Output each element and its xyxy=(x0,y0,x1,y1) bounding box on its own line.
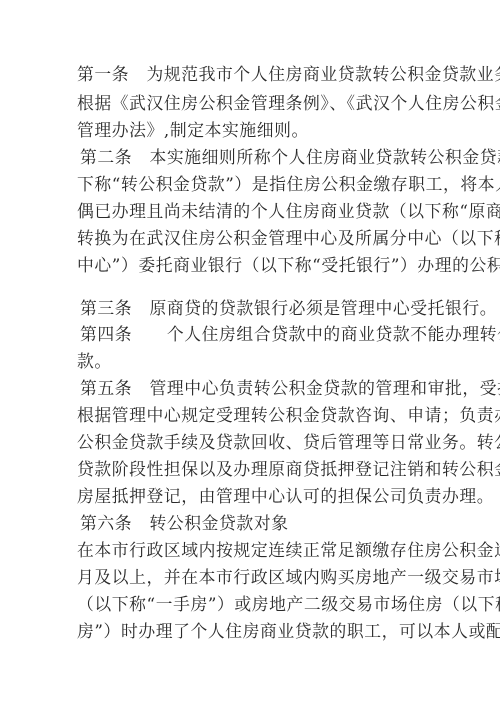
text-line: 贷款阶段性担保以及办理原商贷抵押登记注销和转公积金贷款 xyxy=(77,459,500,479)
text-line: 第二条 本实施细则所称个人住房商业贷款转公积金贷款（以 xyxy=(80,147,500,167)
text-line: （以下称“一手房”）或房地产二级交易市场住房（以下称“二手 xyxy=(77,594,500,614)
text-line: 根据《武汉住房公积金管理条例》、《武汉个人住房公积金贷款 xyxy=(77,93,500,113)
text-line: 管理办法》,制定本实施细则。 xyxy=(77,120,309,140)
text-line: 根据管理中心规定受理转公积金贷款咨询、申请；负责办理转 xyxy=(77,405,500,425)
text-line: 第六条 转公积金贷款对象 xyxy=(80,513,289,533)
text-line: 第四条 个人住房组合贷款中的商业贷款不能办理转公积金贷 xyxy=(80,324,500,344)
text-line: 第一条 为规范我市个人住房商业贷款转公积金贷款业务操作， xyxy=(77,64,500,84)
text-line: 第五条 管理中心负责转公积金贷款的管理和审批，受托银行 xyxy=(80,378,500,398)
text-line: 月及以上，并在本市行政区域内购买房地产一级交易市场住房 xyxy=(77,567,500,587)
text-line: 公积金贷款手续及贷款回收、贷后管理等日常业务。转公积金 xyxy=(77,432,500,452)
text-line: 第三条 原商贷的贷款银行必须是管理中心受托银行。 xyxy=(80,298,497,318)
document-page: 第一条 为规范我市个人住房商业贷款转公积金贷款业务操作，根据《武汉住房公积金管理… xyxy=(0,0,500,708)
text-line: 中心”）委托商业银行（以下称“受托银行”）办理的公积金贷款。 xyxy=(77,255,500,275)
text-line: 款。 xyxy=(77,351,112,371)
text-line: 偶已办理且尚未结清的个人住房商业贷款（以下称“原商贷”） xyxy=(77,201,500,221)
text-line: 下称“转公积金贷款”）是指住房公积金缴存职工，将本人或配 xyxy=(77,174,500,194)
text-line: 房”）时办理了个人住房商业贷款的职工，可以本人或配偶的名 xyxy=(77,621,500,641)
text-line: 转换为在武汉住房公积金管理中心及所属分中心（以下称“管理 xyxy=(77,228,500,248)
text-line: 房屋抵押登记，由管理中心认可的担保公司负责办理。 xyxy=(77,486,494,506)
text-line: 在本市行政区域内按规定连续正常足额缴存住房公积金达 6 个 xyxy=(77,540,500,560)
